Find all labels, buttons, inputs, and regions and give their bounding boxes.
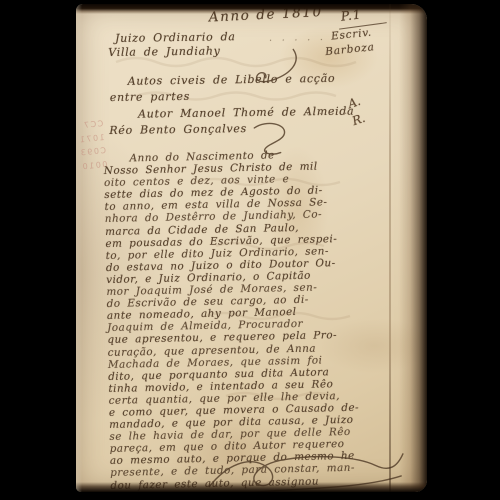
case-line-2: entre partes bbox=[110, 90, 190, 104]
manuscript-page: Anno de 1810 P.1 Escriv. Barboza Juizo O… bbox=[76, 4, 427, 492]
case-line-1: Autos civeis de Libello e acção bbox=[128, 72, 336, 88]
manuscript-photo: Anno de 1810 P.1 Escriv. Barboza Juizo O… bbox=[0, 0, 500, 500]
party-leader-dots: . . . . bbox=[306, 107, 351, 118]
court-line-2: Villa de Jundiahy bbox=[108, 44, 220, 59]
court-line-1: Juizo Ordinario da bbox=[115, 30, 236, 45]
manuscript-body-text: Anno do Nascimento deNosso Senhor Jesus … bbox=[103, 147, 372, 491]
party-defendant-line: Réo Bento Gonçalves bbox=[109, 122, 247, 137]
paper-curled-right-edge bbox=[399, 4, 427, 492]
paper-bottom-edge-shadow bbox=[76, 482, 427, 492]
paper-torn-top-edge bbox=[76, 4, 427, 14]
clerk-title-note: Escriv. bbox=[331, 27, 373, 43]
clerk-name-note: Barboza bbox=[325, 41, 375, 58]
paper-left-edge-highlight bbox=[76, 4, 82, 492]
margin-rubric-r: R. bbox=[350, 111, 367, 128]
page-content: Anno de 1810 P.1 Escriv. Barboza Juizo O… bbox=[76, 4, 427, 492]
paper-fold-crease bbox=[389, 4, 391, 492]
leader-dots: . . . . . bbox=[269, 33, 326, 44]
